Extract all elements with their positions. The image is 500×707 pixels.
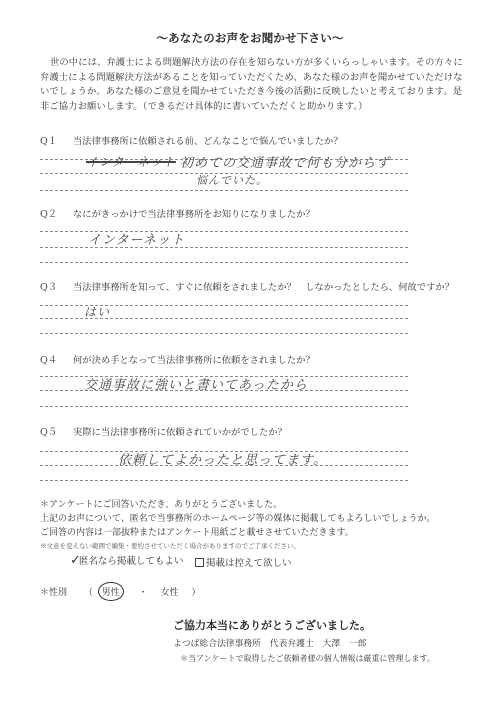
privacy-note: ＊当アンケートで取得したご依頼者様の個人情報は厳重に管理します。 [180, 653, 435, 664]
consent-label: 匿名なら掲載してもよい [79, 556, 184, 567]
question-number: Q１ [40, 133, 57, 147]
answer-line [40, 262, 408, 263]
question-number: Q２ [40, 206, 57, 220]
question-text: 当法律事務所を知って、すぐに依頼をされましたか？ しなかったとしたら、何故ですか… [73, 279, 454, 293]
gender-label: ＊性別 [40, 588, 67, 598]
small-note: ※文意を変えない範囲で編集・要約させていただく場合がありますのでご了承ください。 [40, 541, 300, 550]
question-number: Q４ [40, 352, 57, 366]
gender-field: ＊性別 （ 男性 ・ 女性 ） [40, 582, 200, 601]
handwritten-answer: 依頼してよかったと思ってます。 [118, 449, 327, 468]
separator: ・ [139, 588, 148, 598]
question-text: なにがきっかけで当法律事務所をお知りになりましたか？ [73, 206, 315, 220]
publish-question: 上記のお声について、匿名で当事務所のホームページ等の媒体に掲載してもよろしいでし… [40, 511, 435, 524]
intro-paragraph: 世の中には、弁護士による問題解決方法の存在を知らない方が多くいらっしゃいます。そ… [40, 56, 465, 114]
gender-option-female[interactable]: 女性 [161, 588, 179, 598]
paren-close: ） [191, 588, 200, 598]
checkbox-icon [195, 558, 204, 567]
question-number: Q３ [40, 279, 57, 293]
consent-option-decline[interactable]: 掲載は控えて欲しい [195, 555, 292, 569]
question-text: 実際に当法律事務所に依頼されていかがでしたか？ [73, 424, 287, 438]
handwritten-answer: 交通事故に強いと書いてあったから [84, 374, 308, 393]
paren-open: （ [84, 588, 93, 598]
consent-option-anonymous[interactable]: ✓匿名なら掲載してもよい [70, 553, 183, 568]
answer-line [40, 406, 408, 407]
question-number: Q５ [40, 424, 57, 438]
thanks-note: ＊アンケートにご回答いただき、ありがとうございました。 [40, 497, 282, 510]
closing-thanks: ご協力本当にありがとうございました。 [173, 617, 371, 633]
question-text: 何が決め手となって当法律事務所に依頼をされましたか？ [73, 352, 315, 366]
question-text: 当法律事務所に依頼される前、どんなことで悩んでいましたか？ [73, 133, 343, 147]
answer-line [40, 480, 408, 481]
page-title: ～あなたのお声をお聞かせ下さい～ [0, 30, 500, 46]
handwritten-answer-struck: インターネット [86, 153, 176, 170]
gender-option-male-selected[interactable]: 男性 [98, 582, 124, 601]
answer-line [40, 333, 408, 334]
handwritten-answer: インターネット [88, 229, 185, 248]
excerpt-note: ご回答の内容は一部抜粋またはアンケート用紙ごと載せさせていただきます。 [40, 525, 354, 538]
handwritten-answer: はい [84, 303, 110, 320]
handwritten-answer: 初めての交通事故で何も分からず [180, 152, 390, 171]
office-signature: よつば総合法律事務所 代表弁護士 大澤 一郎 [173, 636, 367, 649]
answer-line [40, 190, 408, 191]
consent-label: 掲載は控えて欲しい [206, 558, 292, 569]
handwritten-answer: 悩んでいた。 [196, 172, 268, 188]
